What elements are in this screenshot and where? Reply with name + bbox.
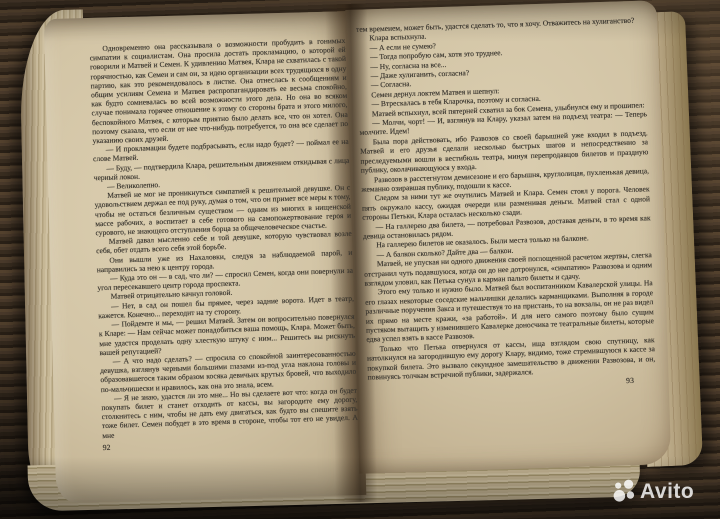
avito-logo-icon [610, 478, 638, 504]
avito-watermark: Avito [610, 478, 694, 504]
paragraph: Одновременно она рассказывала о возможно… [89, 36, 348, 146]
paragraph: Этого ему только и нужно было. Матвей бы… [365, 279, 655, 345]
right-page-text: тем временем, может быть, удастся сделат… [356, 15, 656, 394]
book-photo-scene: Одновременно она рассказывала о возможно… [0, 0, 720, 519]
avito-watermark-text: Avito [640, 481, 694, 502]
left-page-text: Одновременно она рассказывала о возможно… [89, 36, 358, 452]
paragraph: — Я не знаю, удастся ли это мне... Но вы… [101, 385, 358, 439]
